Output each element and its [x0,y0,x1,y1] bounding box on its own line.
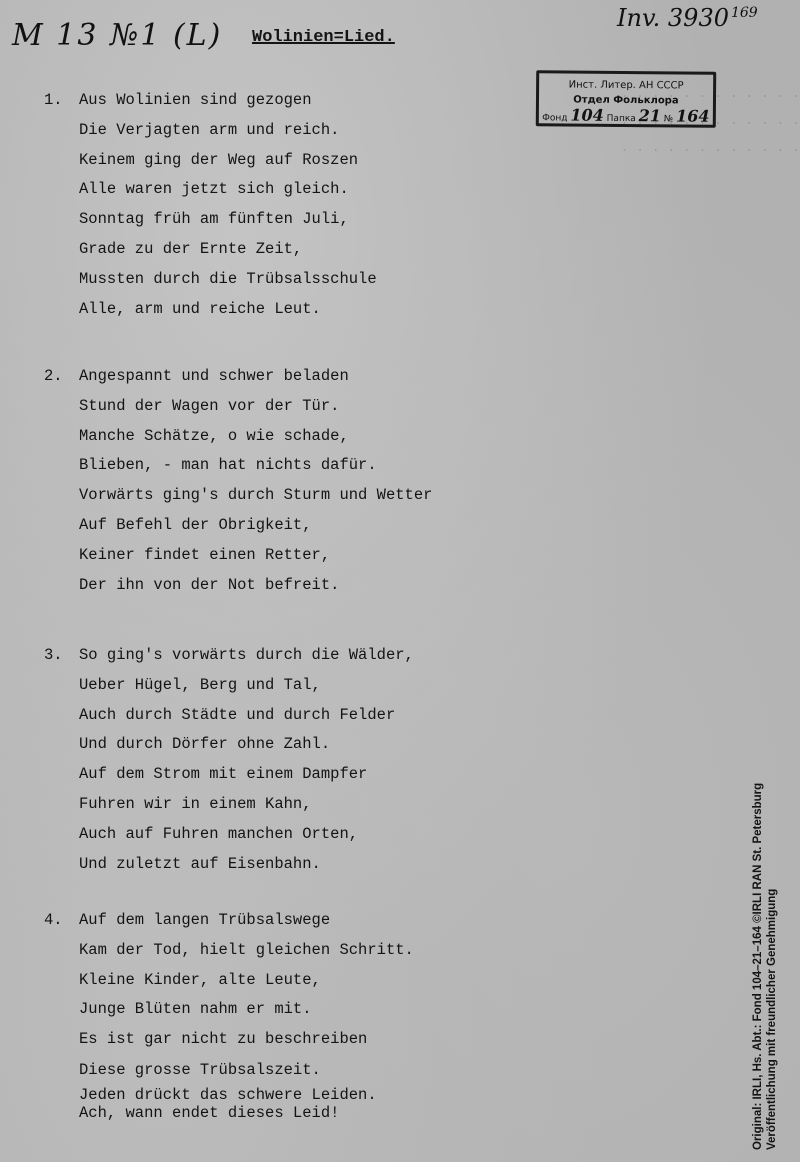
stanza-4: 4.Auf dem langen Trübsalswege Kam der To… [44,906,414,1122]
verse-line: Und durch Dörfer ohne Zahl. [79,735,330,753]
stanza-1: 1.Aus Wolinien sind gezogen Die Verjagte… [44,86,377,324]
verse-line: Sonntag früh am fünften Juli, [79,210,349,228]
copyright-credit: Original: IRLI, Hs. Abt.: Fond 104–21–16… [751,783,779,1150]
stanza-number: 4. [44,906,63,936]
verse-line: Diese grosse Trübsalszeit. [79,1061,321,1079]
credit-source: Original: IRLI, Hs. Abt.: Fond 104–21–16… [751,783,765,1150]
verse-line: Keinem ging der Weg auf Roszen [79,151,358,169]
verse-line: So ging's vorwärts durch die Wälder, [79,646,414,664]
inventory-number: Inv. 3930169 [617,4,758,32]
verse-line: Fuhren wir in einem Kahn, [79,795,312,813]
verse-line: Angespannt und schwer beladen [79,367,349,385]
verse-line: Jeden drückt das schwere Leiden. [79,1086,377,1104]
verse-line: Vorwärts ging's durch Sturm und Wetter [79,486,432,504]
verse-line: Manche Schätze, o wie schade, [79,427,349,445]
verse-line: Kam der Tod, hielt gleichen Schritt. [79,941,414,959]
inventory-label: Inv. 3930 [617,4,729,32]
stamp-item: 164 [676,106,710,125]
stanza-3: 3.So ging's vorwärts durch die Wälder, U… [44,641,414,879]
scanned-document-page: . . . . . . . . . . . . . . . . . . . . … [0,0,800,1162]
stamp-folder: 21 [639,106,661,125]
verse-line: Die Verjagten arm und reich. [79,121,339,139]
stamp-institution: Инст. Литер. АН СССР [539,77,713,94]
verse-line: Auf dem Strom mit einem Dampfer [79,765,367,783]
verse-line: Und zuletzt auf Eisenbahn. [79,855,321,873]
verse-line: Junge Blüten nahm er mit. [79,1000,312,1018]
page-title: Wolinien=Lied. [252,28,395,47]
verse-line: Aus Wolinien sind gezogen [79,91,312,109]
verse-line: Ach, wann endet dieses Leid! [79,1104,339,1122]
stanza-2: 2.Angespannt und schwer beladen Stund de… [44,362,432,600]
verse-line: Alle, arm und reiche Leut. [79,300,321,318]
verse-line: Mussten durch die Trübsalsschule [79,270,377,288]
stanza-number: 2. [44,362,63,392]
stamp-reference: Фонд 104 Папка 21 № 164 [539,107,713,128]
verse-line: Auf Befehl der Obrigkeit, [79,516,312,534]
credit-permission: Veröffentlichung mit freundlicher Genehm… [765,783,779,1150]
verse-line: Grade zu der Ernte Zeit, [79,240,302,258]
verse-line: Keiner findet einen Retter, [79,546,330,564]
stanza-number: 3. [44,641,63,671]
verse-line: Stund der Wagen vor der Tür. [79,397,339,415]
verse-line: Auch auf Fuhren manchen Orten, [79,825,358,843]
stamp-fond: 104 [570,106,604,125]
verse-line: Ueber Hügel, Berg und Tal, [79,676,321,694]
verse-line: Blieben, - man hat nichts dafür. [79,456,377,474]
verse-line: Kleine Kinder, alte Leute, [79,971,321,989]
archive-signature: M 13 №1 (L) [12,18,222,53]
archive-stamp: Инст. Литер. АН СССР Отдел Фольклора Фон… [536,70,716,128]
verse-line: Der ihn von der Not befreit. [79,576,339,594]
folio-number: 169 [731,5,758,21]
verse-line: Alle waren jetzt sich gleich. [79,180,349,198]
verse-line: Es ist gar nicht zu beschreiben [79,1030,367,1048]
stanza-number: 1. [44,86,63,116]
verse-line: Auf dem langen Trübsalswege [79,911,330,929]
verse-line: Auch durch Städte und durch Felder [79,706,395,724]
